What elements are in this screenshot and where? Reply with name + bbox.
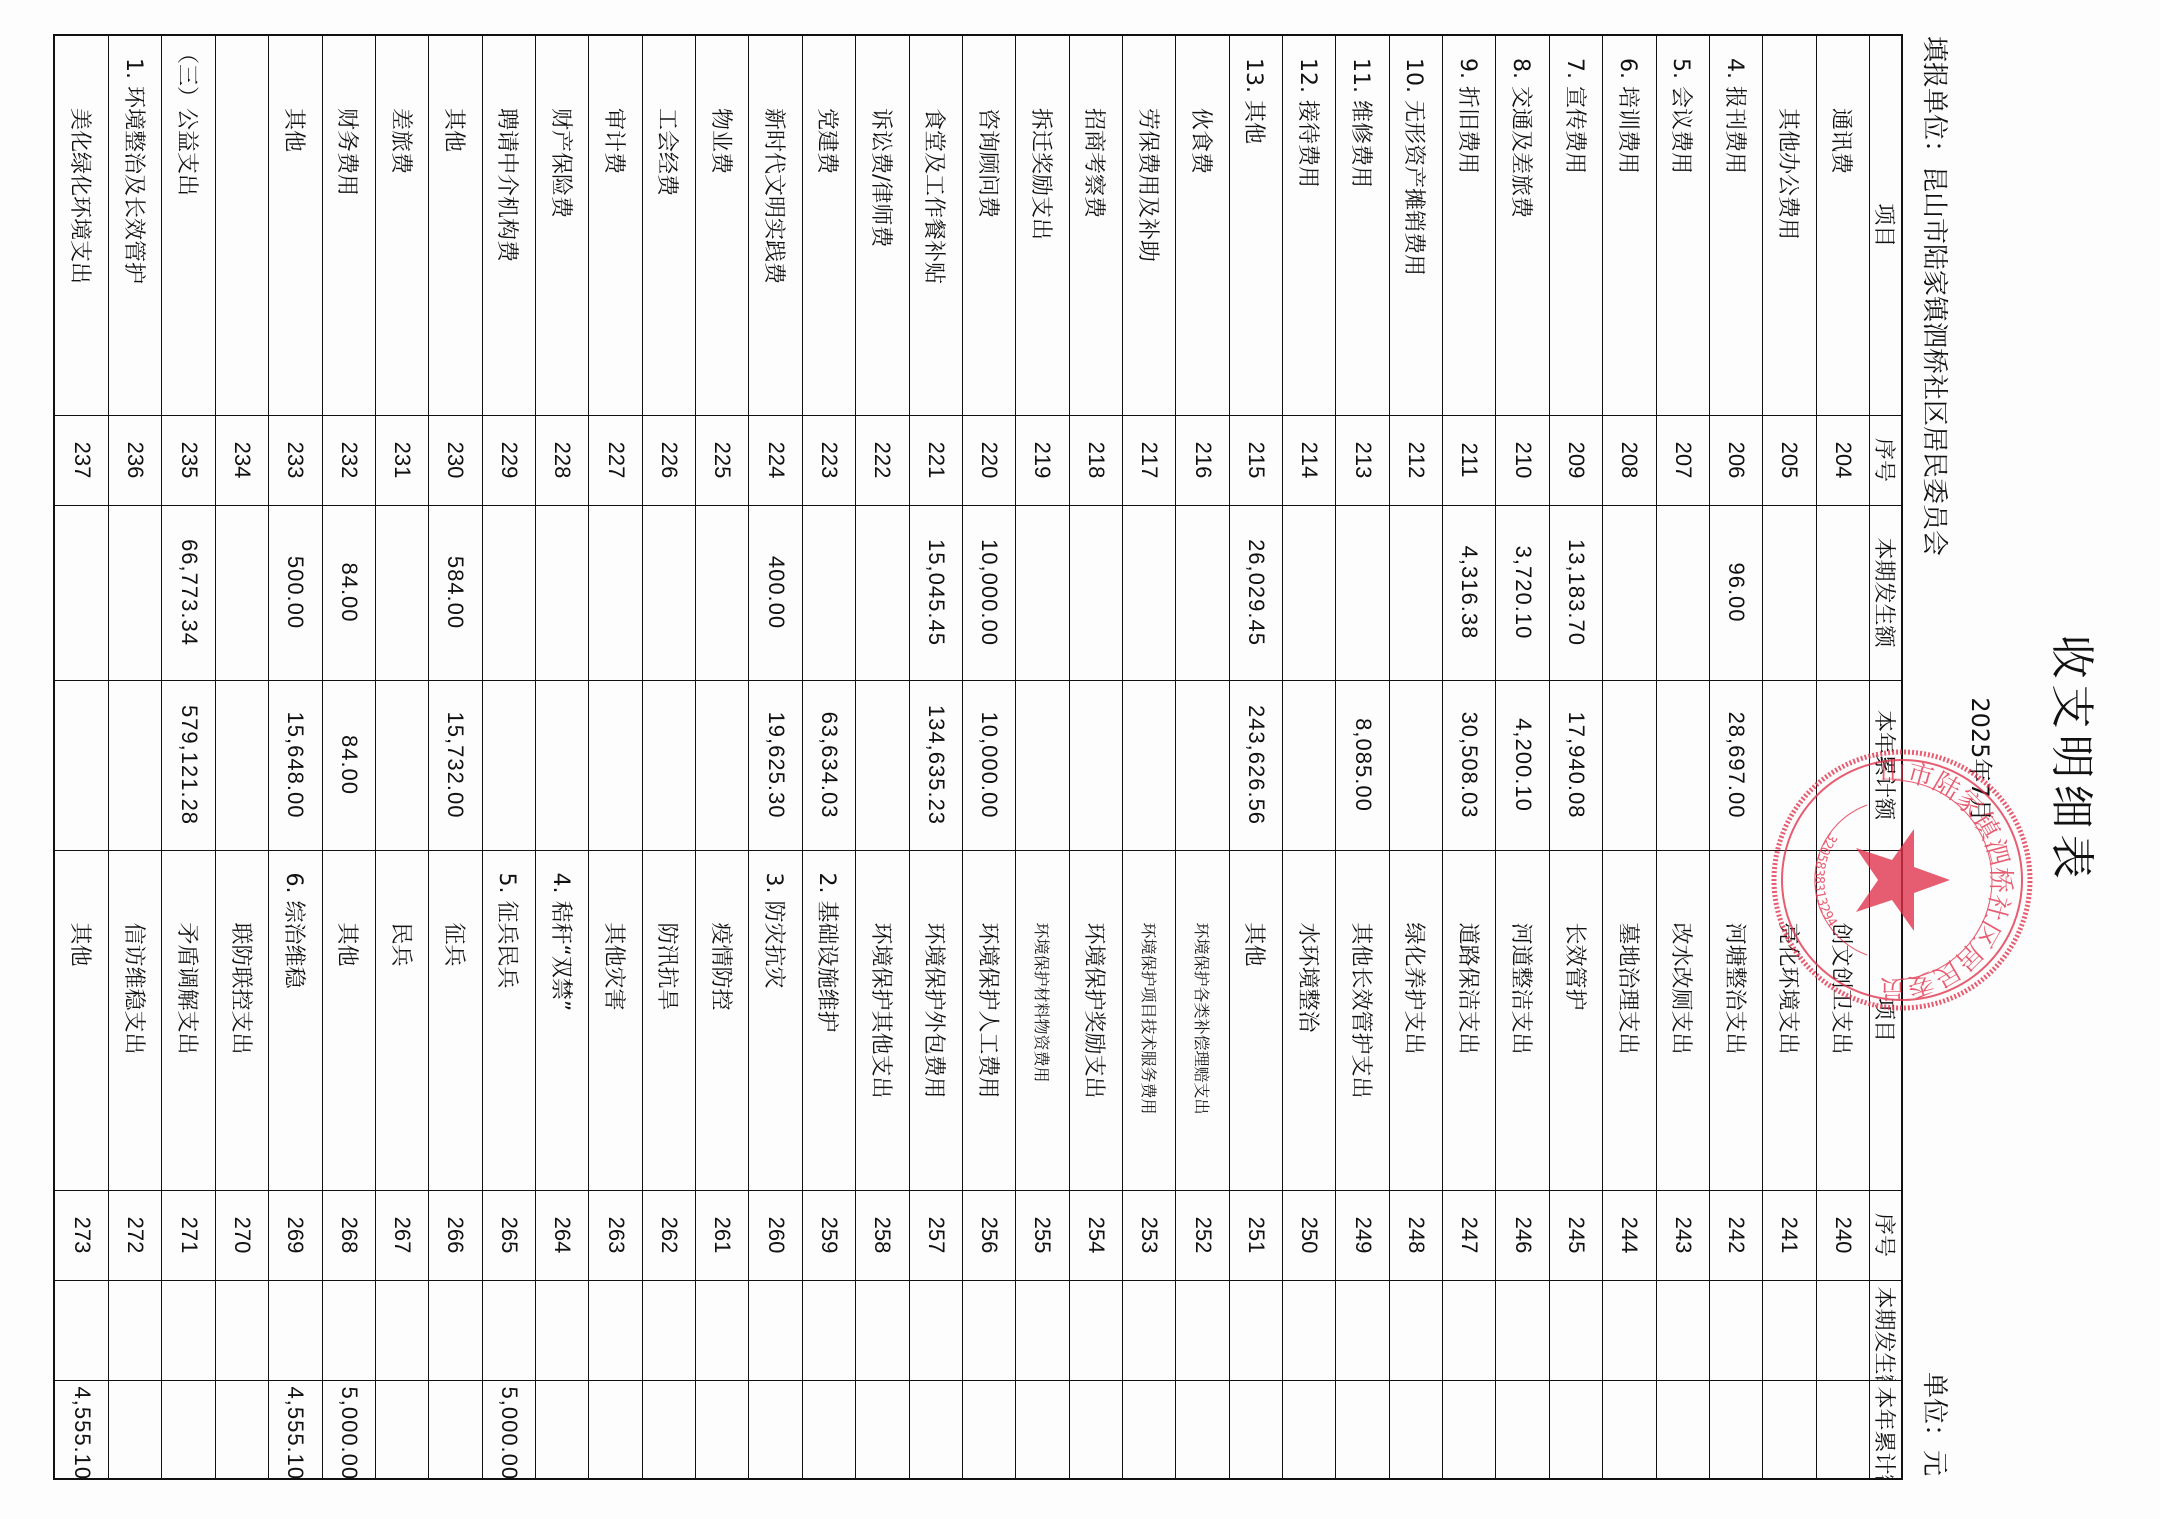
ytd-amount-cell-right: 5,000.00 bbox=[322, 1380, 375, 1479]
item-cell-right: 民兵 bbox=[375, 850, 428, 1190]
seq-cell: 233 bbox=[269, 415, 322, 505]
current-amount-cell-right bbox=[802, 1280, 855, 1380]
seq-cell: 207 bbox=[1656, 415, 1709, 505]
table-row: 6. 培训费用208墓地治理支出244 bbox=[1603, 35, 1656, 1479]
current-amount-cell bbox=[1763, 505, 1816, 680]
table-row: 审计费227其他灾害263 bbox=[589, 35, 642, 1479]
seq-cell-right: 240 bbox=[1816, 1190, 1869, 1280]
current-amount-cell-right bbox=[642, 1280, 695, 1380]
seq-cell-right: 249 bbox=[1336, 1190, 1389, 1280]
current-amount-cell-right bbox=[162, 1280, 215, 1380]
current-amount-cell-right bbox=[1389, 1280, 1442, 1380]
seq-cell: 232 bbox=[322, 415, 375, 505]
table-row: 13. 其他21526,029.45243,626.56其他251 bbox=[1229, 35, 1282, 1479]
seq-cell-right: 260 bbox=[749, 1190, 802, 1280]
seq-cell-right: 247 bbox=[1443, 1190, 1496, 1280]
ytd-amount-cell bbox=[536, 680, 589, 850]
table-row: 4. 报刊费用20696.0028,697.00河塘整治支出242 bbox=[1709, 35, 1762, 1479]
current-amount-cell-right bbox=[1176, 1280, 1229, 1380]
ytd-amount-cell bbox=[1389, 680, 1442, 850]
current-amount-cell bbox=[1016, 505, 1069, 680]
ytd-amount-cell: 19,625.30 bbox=[749, 680, 802, 850]
header-current-right: 本期发生额 bbox=[1870, 1280, 1903, 1380]
report-period: 2025年7月 bbox=[1965, 0, 2000, 1519]
seq-cell: 235 bbox=[162, 415, 215, 505]
item-cell-right: 其他长效管护支出 bbox=[1336, 850, 1389, 1190]
seq-cell-right: 255 bbox=[1016, 1190, 1069, 1280]
current-amount-cell bbox=[802, 505, 855, 680]
table-row: 新时代文明实践费224400.0019,625.303. 防灾抗灾260 bbox=[749, 35, 802, 1479]
seq-cell-right: 242 bbox=[1709, 1190, 1762, 1280]
seq-cell: 215 bbox=[1229, 415, 1282, 505]
current-amount-cell-right bbox=[1016, 1280, 1069, 1380]
table-row: 劳保费用及补助217环境保护项目技术服务费用253 bbox=[1122, 35, 1175, 1479]
item-cell-right: 河道整洁支出 bbox=[1496, 850, 1549, 1190]
item-cell: 4. 报刊费用 bbox=[1709, 35, 1762, 415]
ytd-amount-cell-right bbox=[642, 1380, 695, 1479]
seq-cell-right: 250 bbox=[1283, 1190, 1336, 1280]
current-amount-cell-right bbox=[1336, 1280, 1389, 1380]
table-row: 5. 会议费用207改水改厕支出243 bbox=[1656, 35, 1709, 1479]
ytd-amount-cell-right bbox=[1709, 1380, 1762, 1479]
ytd-amount-cell-right bbox=[589, 1380, 642, 1479]
item-cell: 10. 无形资产摊销费用 bbox=[1389, 35, 1442, 415]
ytd-amount-cell-right bbox=[1549, 1380, 1602, 1479]
seq-cell: 227 bbox=[589, 415, 642, 505]
ytd-amount-cell-right bbox=[1016, 1380, 1069, 1479]
current-amount-cell-right bbox=[1816, 1280, 1869, 1380]
item-cell-right: 水环境整治 bbox=[1283, 850, 1336, 1190]
item-cell-right: 环境保护奖励支出 bbox=[1069, 850, 1122, 1190]
table-row: 财产保险费2284. 秸秆“双禁”264 bbox=[536, 35, 589, 1479]
item-cell-right: 5. 征兵民兵 bbox=[482, 850, 535, 1190]
item-cell: 其他 bbox=[269, 35, 322, 415]
seq-cell: 204 bbox=[1816, 415, 1869, 505]
ytd-amount-cell: 63,634.03 bbox=[802, 680, 855, 850]
item-cell-right: 2. 基础设施维护 bbox=[802, 850, 855, 1190]
current-amount-cell-right bbox=[749, 1280, 802, 1380]
seq-cell: 208 bbox=[1603, 415, 1656, 505]
seq-cell-right: 251 bbox=[1229, 1190, 1282, 1280]
item-cell-right: 其他 bbox=[54, 850, 109, 1190]
current-amount-cell-right bbox=[269, 1280, 322, 1380]
ytd-amount-cell-right bbox=[1176, 1380, 1229, 1479]
item-cell: 党建费 bbox=[802, 35, 855, 415]
ytd-amount-cell bbox=[1763, 680, 1816, 850]
item-cell: 劳保费用及补助 bbox=[1122, 35, 1175, 415]
item-cell-right: 征兵 bbox=[429, 850, 482, 1190]
item-cell-right: 疫情防控 bbox=[696, 850, 749, 1190]
current-amount-cell-right bbox=[1069, 1280, 1122, 1380]
ytd-amount-cell-right bbox=[1069, 1380, 1122, 1479]
table-row: 差旅费231民兵267 bbox=[375, 35, 428, 1479]
header-seq-right: 序号 bbox=[1870, 1190, 1903, 1280]
seq-cell-right: 266 bbox=[429, 1190, 482, 1280]
item-cell-right: 环境保护项目技术服务费用 bbox=[1122, 850, 1175, 1190]
seq-cell: 209 bbox=[1549, 415, 1602, 505]
seq-cell: 223 bbox=[802, 415, 855, 505]
ytd-amount-cell: 30,508.03 bbox=[1443, 680, 1496, 850]
seq-cell: 222 bbox=[856, 415, 909, 505]
ytd-amount-cell-right: 4,555.10 bbox=[269, 1380, 322, 1479]
item-cell: 其他办公费用 bbox=[1763, 35, 1816, 415]
ytd-amount-cell-right bbox=[1122, 1380, 1175, 1479]
ytd-amount-cell-right bbox=[1763, 1380, 1816, 1479]
ytd-amount-cell-right bbox=[909, 1380, 962, 1479]
item-cell: 11. 维修费用 bbox=[1336, 35, 1389, 415]
current-amount-cell bbox=[642, 505, 695, 680]
seq-cell: 217 bbox=[1122, 415, 1175, 505]
seq-cell-right: 243 bbox=[1656, 1190, 1709, 1280]
item-cell: 其他 bbox=[429, 35, 482, 415]
item-cell: 9. 折旧费用 bbox=[1443, 35, 1496, 415]
seq-cell: 205 bbox=[1763, 415, 1816, 505]
seq-cell: 229 bbox=[482, 415, 535, 505]
current-amount-cell bbox=[1176, 505, 1229, 680]
table-row: 其他办公费用205亮化环境支出241 bbox=[1763, 35, 1816, 1479]
current-amount-cell-right bbox=[322, 1280, 375, 1380]
table-row: 工会经费226防汛抗旱262 bbox=[642, 35, 695, 1479]
table-row: 财务费用23284.0084.00其他2685,000.00 bbox=[322, 35, 375, 1479]
item-cell-right: 环境保护外包费用 bbox=[909, 850, 962, 1190]
seq-cell: 219 bbox=[1016, 415, 1069, 505]
current-amount-cell bbox=[589, 505, 642, 680]
ytd-amount-cell bbox=[1656, 680, 1709, 850]
ytd-amount-cell: 84.00 bbox=[322, 680, 375, 850]
item-cell-right: 环境保护其他支出 bbox=[856, 850, 909, 1190]
table-row: 招商考察费218环境保护奖励支出254 bbox=[1069, 35, 1122, 1479]
table-header-row: 项目 序号 本期发生额 本年累计额 项目 序号 本期发生额 本年累计额 bbox=[1870, 35, 1903, 1479]
table-row: 通讯费204创文创卫支出240 bbox=[1816, 35, 1869, 1479]
ytd-amount-cell-right bbox=[429, 1380, 482, 1479]
item-cell: 7. 宣传费用 bbox=[1549, 35, 1602, 415]
current-amount-cell-right bbox=[1496, 1280, 1549, 1380]
header-seq: 序号 bbox=[1870, 415, 1903, 505]
seq-cell-right: 259 bbox=[802, 1190, 855, 1280]
current-amount-cell bbox=[1336, 505, 1389, 680]
seq-cell-right: 273 bbox=[54, 1190, 109, 1280]
seq-cell-right: 270 bbox=[215, 1190, 268, 1280]
ytd-amount-cell: 8,085.00 bbox=[1336, 680, 1389, 850]
ytd-amount-cell-right bbox=[215, 1380, 268, 1479]
seq-cell: 225 bbox=[696, 415, 749, 505]
ytd-amount-cell-right: 4,555.10 bbox=[54, 1380, 109, 1479]
item-cell: 5. 会议费用 bbox=[1656, 35, 1709, 415]
ytd-amount-cell bbox=[215, 680, 268, 850]
table-row: 美化绿化环境支出237其他2734,555.10 bbox=[54, 35, 109, 1479]
seq-cell: 206 bbox=[1709, 415, 1762, 505]
ytd-amount-cell bbox=[1069, 680, 1122, 850]
ytd-amount-cell-right bbox=[856, 1380, 909, 1479]
current-amount-cell bbox=[1069, 505, 1122, 680]
item-cell: 8. 交通及差旅费 bbox=[1496, 35, 1549, 415]
seq-cell-right: 258 bbox=[856, 1190, 909, 1280]
current-amount-cell: 26,029.45 bbox=[1229, 505, 1282, 680]
item-cell bbox=[215, 35, 268, 415]
item-cell: 财产保险费 bbox=[536, 35, 589, 415]
item-cell-right: 绿化养护支出 bbox=[1389, 850, 1442, 1190]
item-cell: 美化绿化环境支出 bbox=[54, 35, 109, 415]
seq-cell-right: 268 bbox=[322, 1190, 375, 1280]
seq-cell-right: 241 bbox=[1763, 1190, 1816, 1280]
ytd-amount-cell bbox=[1283, 680, 1336, 850]
ytd-amount-cell-right bbox=[375, 1380, 428, 1479]
seq-cell-right: 253 bbox=[1122, 1190, 1175, 1280]
current-amount-cell bbox=[1283, 505, 1336, 680]
table-row: 12. 接待费用214水环境整治250 bbox=[1283, 35, 1336, 1479]
item-cell: 伙食费 bbox=[1176, 35, 1229, 415]
current-amount-cell-right bbox=[1549, 1280, 1602, 1380]
table-row: 9. 折旧费用2114,316.3830,508.03道路保洁支出247 bbox=[1443, 35, 1496, 1479]
table-row: 其他233500.0015,648.006. 综治维稳2694,555.10 bbox=[269, 35, 322, 1479]
ytd-amount-cell bbox=[1016, 680, 1069, 850]
current-amount-cell bbox=[1603, 505, 1656, 680]
current-amount-cell bbox=[109, 505, 162, 680]
item-cell-right: 3. 防灾抗灾 bbox=[749, 850, 802, 1190]
current-amount-cell: 96.00 bbox=[1709, 505, 1762, 680]
seq-cell: 231 bbox=[375, 415, 428, 505]
item-cell-right: 其他 bbox=[322, 850, 375, 1190]
item-cell: 拆迁奖励支出 bbox=[1016, 35, 1069, 415]
current-amount-cell-right bbox=[54, 1280, 109, 1380]
current-amount-cell-right bbox=[1229, 1280, 1282, 1380]
item-cell: 聘请中介机构费 bbox=[482, 35, 535, 415]
ytd-amount-cell: 4,200.10 bbox=[1496, 680, 1549, 850]
scanned-page: 收支明细表 2025年7月 填报单位：昆山市陆家镇泗桥社区居民委员会 单位：元 … bbox=[0, 0, 2160, 1519]
current-amount-cell: 584.00 bbox=[429, 505, 482, 680]
seq-cell-right: 257 bbox=[909, 1190, 962, 1280]
item-cell: 咨询顾问费 bbox=[962, 35, 1015, 415]
current-amount-cell bbox=[856, 505, 909, 680]
seq-cell-right: 265 bbox=[482, 1190, 535, 1280]
item-cell-right: 道路保洁支出 bbox=[1443, 850, 1496, 1190]
header-ytd: 本年累计额 bbox=[1870, 680, 1903, 850]
item-cell: 通讯费 bbox=[1816, 35, 1869, 415]
ytd-amount-cell: 579,121.28 bbox=[162, 680, 215, 850]
seq-cell-right: 245 bbox=[1549, 1190, 1602, 1280]
item-cell: 1. 环境整治及长效管护 bbox=[109, 35, 162, 415]
ytd-amount-cell bbox=[1176, 680, 1229, 850]
item-cell: 13. 其他 bbox=[1229, 35, 1282, 415]
item-cell: 新时代文明实践费 bbox=[749, 35, 802, 415]
ytd-amount-cell: 17,940.08 bbox=[1549, 680, 1602, 850]
ytd-amount-cell bbox=[642, 680, 695, 850]
current-amount-cell-right bbox=[1443, 1280, 1496, 1380]
ytd-amount-cell bbox=[54, 680, 109, 850]
table-row: 8. 交通及差旅费2103,720.104,200.10河道整洁支出246 bbox=[1496, 35, 1549, 1479]
current-amount-cell: 400.00 bbox=[749, 505, 802, 680]
current-amount-cell bbox=[696, 505, 749, 680]
ytd-amount-cell-right bbox=[1443, 1380, 1496, 1479]
current-amount-cell: 13,183.70 bbox=[1549, 505, 1602, 680]
ytd-amount-cell: 243,626.56 bbox=[1229, 680, 1282, 850]
table-row: 拆迁奖励支出219环境保护材料物资费用255 bbox=[1016, 35, 1069, 1479]
item-cell-right: 6. 综治维稳 bbox=[269, 850, 322, 1190]
current-amount-cell-right bbox=[215, 1280, 268, 1380]
seq-cell: 218 bbox=[1069, 415, 1122, 505]
header-item-right: 项目 bbox=[1870, 850, 1903, 1190]
seq-cell: 216 bbox=[1176, 415, 1229, 505]
current-amount-cell-right bbox=[962, 1280, 1015, 1380]
seq-cell: 211 bbox=[1443, 415, 1496, 505]
item-cell-right: 亮化环境支出 bbox=[1763, 850, 1816, 1190]
ytd-amount-cell-right bbox=[109, 1380, 162, 1479]
ytd-amount-cell bbox=[109, 680, 162, 850]
item-cell-right: 改水改厕支出 bbox=[1656, 850, 1709, 1190]
table-row: 7. 宣传费用20913,183.7017,940.08长效管护245 bbox=[1549, 35, 1602, 1479]
ytd-amount-cell-right bbox=[1389, 1380, 1442, 1479]
current-amount-cell bbox=[1656, 505, 1709, 680]
current-amount-cell: 3,720.10 bbox=[1496, 505, 1549, 680]
current-amount-cell-right bbox=[1709, 1280, 1762, 1380]
seq-cell: 224 bbox=[749, 415, 802, 505]
item-cell-right: 其他 bbox=[1229, 850, 1282, 1190]
seq-cell-right: 261 bbox=[696, 1190, 749, 1280]
table-row: 234联防联控支出270 bbox=[215, 35, 268, 1479]
table-row: 伙食费216环境保护各类补偿理赔支出252 bbox=[1176, 35, 1229, 1479]
table-row: 11. 维修费用2138,085.00其他长效管护支出249 bbox=[1336, 35, 1389, 1479]
current-amount-cell-right bbox=[589, 1280, 642, 1380]
document-title: 收支明细表 bbox=[2044, 0, 2108, 1519]
ytd-amount-cell-right bbox=[1656, 1380, 1709, 1479]
ytd-amount-cell bbox=[1603, 680, 1656, 850]
ytd-amount-cell bbox=[696, 680, 749, 850]
ytd-amount-cell: 28,697.00 bbox=[1709, 680, 1762, 850]
item-cell-right: 环境保护材料物资费用 bbox=[1016, 850, 1069, 1190]
table-row: 诉讼费/律师费222环境保护其他支出258 bbox=[856, 35, 909, 1479]
current-amount-cell bbox=[536, 505, 589, 680]
table-row: 咨询顾问费22010,000.0010,000.00环境保护人工费用256 bbox=[962, 35, 1015, 1479]
current-amount-cell-right bbox=[1122, 1280, 1175, 1380]
ytd-amount-cell-right: 5,000.00 bbox=[482, 1380, 535, 1479]
seq-cell-right: 264 bbox=[536, 1190, 589, 1280]
item-cell-right: 4. 秸秆“双禁” bbox=[536, 850, 589, 1190]
current-amount-cell bbox=[375, 505, 428, 680]
item-cell: 差旅费 bbox=[375, 35, 428, 415]
table-row: 其他230584.0015,732.00征兵266 bbox=[429, 35, 482, 1479]
ytd-amount-cell: 10,000.00 bbox=[962, 680, 1015, 850]
current-amount-cell bbox=[1122, 505, 1175, 680]
current-amount-cell: 500.00 bbox=[269, 505, 322, 680]
ytd-amount-cell-right bbox=[962, 1380, 1015, 1479]
table-row: 物业费225疫情防控261 bbox=[696, 35, 749, 1479]
current-amount-cell bbox=[482, 505, 535, 680]
ytd-amount-cell bbox=[1122, 680, 1175, 850]
currency-unit: 单位：元 bbox=[1918, 1372, 1955, 1476]
item-cell: 招商考察费 bbox=[1069, 35, 1122, 415]
seq-cell-right: 269 bbox=[269, 1190, 322, 1280]
seq-cell-right: 271 bbox=[162, 1190, 215, 1280]
table-row: 党建费22363,634.032. 基础设施维护259 bbox=[802, 35, 855, 1479]
item-cell: 食堂及工作餐补贴 bbox=[909, 35, 962, 415]
ytd-amount-cell bbox=[856, 680, 909, 850]
item-cell-right: 防汛抗旱 bbox=[642, 850, 695, 1190]
current-amount-cell-right bbox=[1603, 1280, 1656, 1380]
ytd-amount-cell bbox=[589, 680, 642, 850]
table-row: （三）公益支出23566,773.34579,121.28矛盾调解支出271 bbox=[162, 35, 215, 1479]
current-amount-cell: 15,045.45 bbox=[909, 505, 962, 680]
item-cell: 物业费 bbox=[696, 35, 749, 415]
header-item: 项目 bbox=[1870, 35, 1903, 415]
ytd-amount-cell-right bbox=[749, 1380, 802, 1479]
seq-cell-right: 254 bbox=[1069, 1190, 1122, 1280]
header-current: 本期发生额 bbox=[1870, 505, 1903, 680]
seq-cell: 226 bbox=[642, 415, 695, 505]
seq-cell-right: 256 bbox=[962, 1190, 1015, 1280]
current-amount-cell: 4,316.38 bbox=[1443, 505, 1496, 680]
current-amount-cell-right bbox=[1656, 1280, 1709, 1380]
ytd-amount-cell-right bbox=[696, 1380, 749, 1479]
item-cell: 审计费 bbox=[589, 35, 642, 415]
seq-cell-right: 262 bbox=[642, 1190, 695, 1280]
current-amount-cell-right bbox=[1283, 1280, 1336, 1380]
seq-cell: 236 bbox=[109, 415, 162, 505]
seq-cell: 230 bbox=[429, 415, 482, 505]
item-cell-right: 环境保护人工费用 bbox=[962, 850, 1015, 1190]
item-cell: 工会经费 bbox=[642, 35, 695, 415]
current-amount-cell-right bbox=[536, 1280, 589, 1380]
item-cell-right: 河塘整治支出 bbox=[1709, 850, 1762, 1190]
current-amount-cell bbox=[54, 505, 109, 680]
table-row: 10. 无形资产摊销费用212绿化养护支出248 bbox=[1389, 35, 1442, 1479]
item-cell: 12. 接待费用 bbox=[1283, 35, 1336, 415]
item-cell-right: 创文创卫支出 bbox=[1816, 850, 1869, 1190]
current-amount-cell-right bbox=[696, 1280, 749, 1380]
seq-cell: 213 bbox=[1336, 415, 1389, 505]
table-body: 通讯费204创文创卫支出240其他办公费用205亮化环境支出2414. 报刊费用… bbox=[54, 35, 1870, 1479]
seq-cell-right: 248 bbox=[1389, 1190, 1442, 1280]
ytd-amount-cell-right bbox=[1336, 1380, 1389, 1479]
table-row: 聘请中介机构费2295. 征兵民兵2655,000.00 bbox=[482, 35, 535, 1479]
item-cell: 诉讼费/律师费 bbox=[856, 35, 909, 415]
ytd-amount-cell-right bbox=[1496, 1380, 1549, 1479]
current-amount-cell: 10,000.00 bbox=[962, 505, 1015, 680]
seq-cell-right: 267 bbox=[375, 1190, 428, 1280]
current-amount-cell-right bbox=[375, 1280, 428, 1380]
seq-cell-right: 272 bbox=[109, 1190, 162, 1280]
ytd-amount-cell-right bbox=[1816, 1380, 1869, 1479]
income-expense-table: 项目 序号 本期发生额 本年累计额 项目 序号 本期发生额 本年累计额 通讯费2… bbox=[53, 34, 1903, 1480]
current-amount-cell bbox=[215, 505, 268, 680]
item-cell: 6. 培训费用 bbox=[1603, 35, 1656, 415]
current-amount-cell-right bbox=[482, 1280, 535, 1380]
item-cell: 财务费用 bbox=[322, 35, 375, 415]
item-cell-right: 矛盾调解支出 bbox=[162, 850, 215, 1190]
seq-cell-right: 246 bbox=[1496, 1190, 1549, 1280]
seq-cell: 220 bbox=[962, 415, 1015, 505]
current-amount-cell-right bbox=[1763, 1280, 1816, 1380]
item-cell: （三）公益支出 bbox=[162, 35, 215, 415]
item-cell-right: 长效管护 bbox=[1549, 850, 1602, 1190]
ytd-amount-cell-right bbox=[1229, 1380, 1282, 1479]
item-cell-right: 联防联控支出 bbox=[215, 850, 268, 1190]
table-row: 食堂及工作餐补贴22115,045.45134,635.23环境保护外包费用25… bbox=[909, 35, 962, 1479]
item-cell-right: 墓地治理支出 bbox=[1603, 850, 1656, 1190]
ytd-amount-cell bbox=[375, 680, 428, 850]
table-row: 1. 环境整治及长效管护236信访维稳支出272 bbox=[109, 35, 162, 1479]
item-cell-right: 信访维稳支出 bbox=[109, 850, 162, 1190]
ytd-amount-cell-right bbox=[1603, 1380, 1656, 1479]
item-cell-right: 环境保护各类补偿理赔支出 bbox=[1176, 850, 1229, 1190]
item-cell-right: 其他灾害 bbox=[589, 850, 642, 1190]
seq-cell-right: 252 bbox=[1176, 1190, 1229, 1280]
seq-cell: 221 bbox=[909, 415, 962, 505]
seq-cell: 228 bbox=[536, 415, 589, 505]
current-amount-cell: 66,773.34 bbox=[162, 505, 215, 680]
ytd-amount-cell bbox=[1816, 680, 1869, 850]
current-amount-cell-right bbox=[109, 1280, 162, 1380]
seq-cell-right: 263 bbox=[589, 1190, 642, 1280]
